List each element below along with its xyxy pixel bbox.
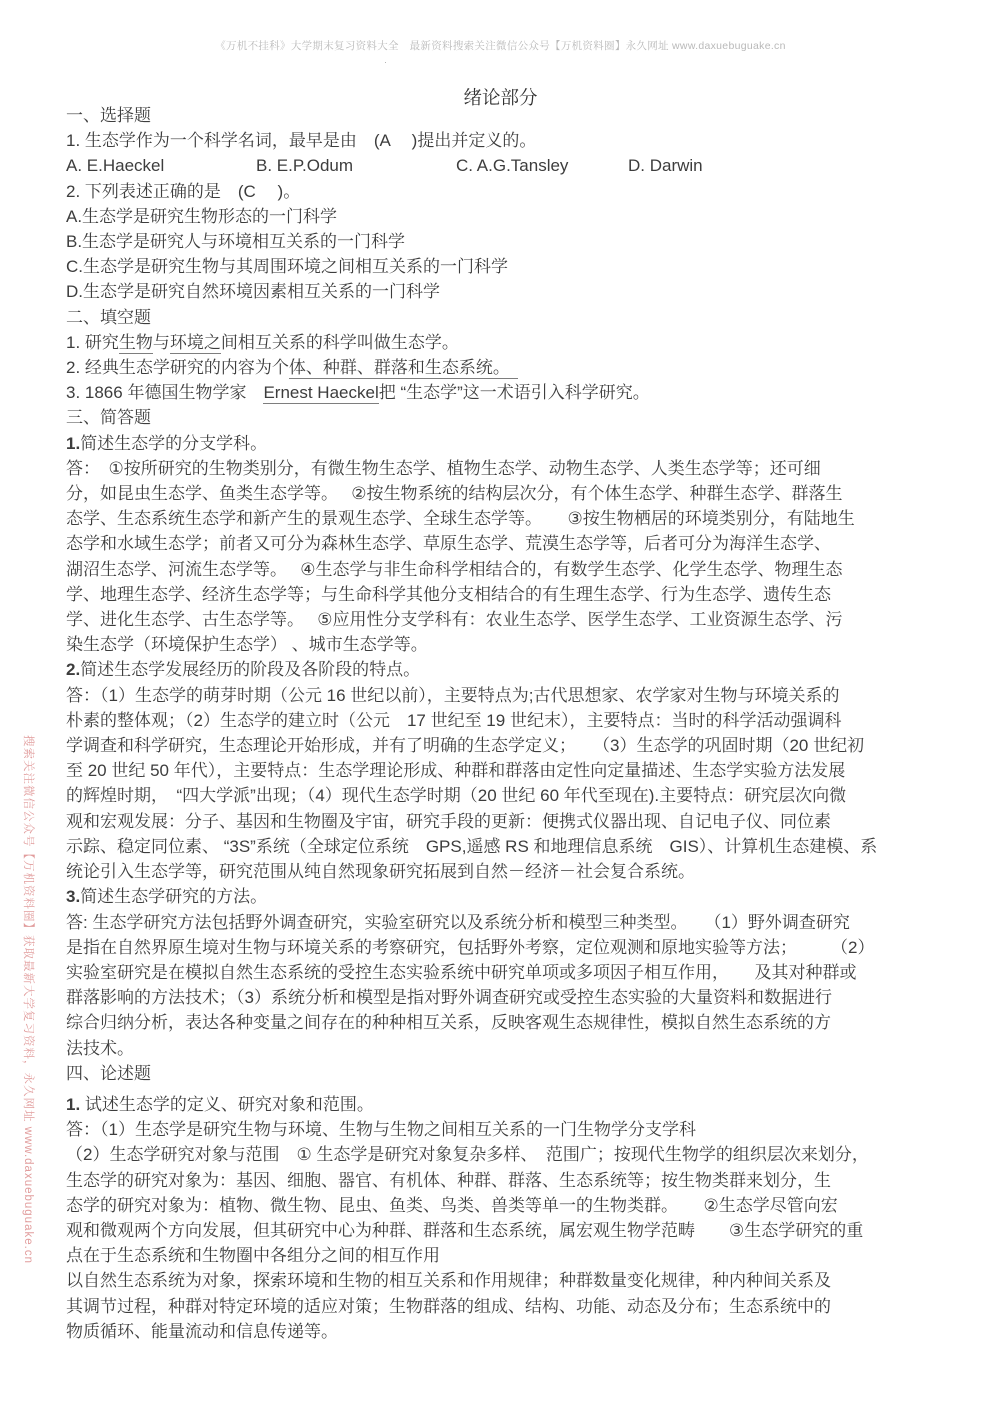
document-line: 观和宏观发展：分子、基因和生物圈及宇宙，研究手段的更新：便携式仪器出现、自记电子…	[66, 809, 951, 834]
document-line: 分，如昆虫生态学、鱼类生态学等。 ②按生物系统的结构层次分，有个体生态学、种群生…	[66, 481, 951, 506]
document-line: 答: 生态学研究方法包括野外调查研究，实验室研究以及系统分析和模型三种类型。 （…	[66, 910, 951, 935]
line-segment: 群落影响的方法技术；（3）系统分析和模型是指对野外调查研究或受控生态实验的大量资…	[66, 988, 832, 1007]
left-vertical-watermark: 搜索关注微信公众号【万机资料圈】获取最新大学复习资料，永久网址 www.daxu…	[21, 735, 37, 1175]
line-segment: 答: 生态学研究方法包括野外调查研究，实验室研究以及系统分析和模型三种类型。 （…	[66, 913, 850, 932]
line-segment: B. E.P.Odum	[256, 153, 456, 178]
document-line: C.生态学是研究生物与其周围环境之间相互关系的一门科学	[66, 254, 951, 279]
document-line: 群落影响的方法技术；（3）系统分析和模型是指对野外调查研究或受控生态实验的大量资…	[66, 985, 951, 1010]
document-line: B.生态学是研究人与环境相互关系的一门科学	[66, 229, 951, 254]
line-segment: 四、论述题	[66, 1064, 151, 1083]
document-line: 的辉煌时期， “四大学派”出现；（4）现代生态学时期（20 世纪 60 年代至现…	[66, 783, 951, 808]
document-line: 是指在自然界原生境对生物与环境关系的考察研究，包括野外考察，定位观测和原地实验等…	[66, 935, 951, 960]
document-line: 1.简述生态学的分支学科。	[66, 431, 951, 456]
line-segment: 3.	[66, 887, 80, 906]
line-segment: 学、地理生态学、经济生态学等；与生命科学其他分支相结合的有生理生态学、行为生态学…	[66, 585, 831, 604]
line-segment: C.生态学是研究生物与其周围环境之间相互关系的一门科学	[66, 257, 508, 276]
document-line: A. E.HaeckelB. E.P.OdumC. A.G.TansleyD. …	[66, 153, 951, 178]
line-segment: B.生态学是研究人与环境相互关系的一门科学	[66, 232, 405, 251]
document-line: 观和微观两个方向发展，但其研究中心为种群、群落和生态系统，属宏观生物学范畴 ③生…	[66, 1218, 951, 1243]
line-segment: 1.	[66, 434, 80, 453]
document-line: 学、进化生态学、古生态学等。 ⑤应用性分支学科有：农业生态学、医学生态学、工业资…	[66, 607, 951, 632]
document-body: 一、选择题1. 生态学作为一个科学名词，最早是由 (A )提出并定义的。A. E…	[66, 103, 951, 1344]
line-segment: 法技术。	[66, 1039, 134, 1058]
document-line: 生态学的研究对象为：基因、细胞、器官、有机体、种群、群落、生态系统等；按生物类群…	[66, 1168, 951, 1193]
line-segment: 二、填空题	[66, 308, 151, 327]
line-segment: 学、进化生态学、古生态学等。 ⑤应用性分支学科有：农业生态学、医学生态学、工业资…	[66, 610, 842, 629]
document-line: 答：（1）生态学的萌芽时期（公元 16 世纪以前），主要特点为;古代思想家、农学…	[66, 683, 951, 708]
document-line: 态学的研究对象为：植物、微生物、昆虫、鱼类、鸟类、兽类等单一的生物类群。 ②生态…	[66, 1193, 951, 1218]
document-line: 点在于生态系统和生物圈中各组分之间的相互作用	[66, 1243, 951, 1268]
line-segment: 染生态学（环境保护生态学） 、城市生态学等。	[66, 635, 428, 654]
document-line: 学调查和科学研究，生态理论开始形成，并有了明确的生态学定义； （3）生态学的巩固…	[66, 733, 951, 758]
document-line: 1. 生态学作为一个科学名词，最早是由 (A )提出并定义的。	[66, 128, 951, 153]
document-line: 四、论述题	[66, 1061, 951, 1086]
document-line: 3. 1866 年德国生物学家 Ernest Haeckel把 “生态学”这一术…	[66, 380, 951, 405]
document-line: 1. 研究生物与环境之间相互关系的科学叫做生态学。	[66, 330, 951, 355]
line-segment: 示踪、稳定同位素、 “3S”系统（全球定位系统 GPS,遥感 RS 和地理信息系…	[66, 837, 877, 856]
document-line: 三、简答题	[66, 405, 951, 430]
line-segment: 点在于生态系统和生物圈中各组分之间的相互作用	[66, 1246, 440, 1265]
line-segment: 简述生态学发展经历的阶段及各阶段的特点。	[80, 660, 420, 679]
line-segment: 2. 下列表述正确的是 (C )。	[66, 182, 300, 201]
document-line: 至 20 世纪 50 年代），主要特点：生态学理论形成、种群和群落由定性向定量描…	[66, 758, 951, 783]
line-segment: 2. 经典生态学研究的内容为个	[66, 358, 289, 377]
document-line: 态学和水域生态学；前者又可分为森林生态学、草原生态学、荒漠生态学等，后者可分为海…	[66, 531, 951, 556]
document-line: 1. 试述生态学的定义、研究对象和范围。	[66, 1092, 951, 1117]
line-segment: （2）生态学研究对象与范围 ① 生态学是研究对象复杂多样、 范围广；按现代生物学…	[66, 1145, 869, 1164]
document-line: 综合归纳分析，表达各种变量之间存在的种种相互关系，反映客观生态规律性，模拟自然生…	[66, 1010, 951, 1035]
fill-blank-underline: Ernest Haeckel	[263, 383, 378, 404]
line-segment: 2.	[66, 660, 80, 679]
line-segment: 是指在自然界原生境对生物与环境关系的考察研究，包括野外考察，定位观测和原地实验等…	[66, 938, 874, 957]
line-segment: 答：（1）生态学的萌芽时期（公元 16 世纪以前），主要特点为;古代思想家、农学…	[66, 686, 840, 705]
line-segment: 以自然生态系统为对象，探索环境和生物的相互关系和作用规律；种群数量变化规律，种内…	[66, 1271, 831, 1290]
document-line: 答：（1）生态学是研究生物与环境、生物与生物之间相互关系的一门生物学分支学科	[66, 1117, 951, 1142]
document-line: 以自然生态系统为对象，探索环境和生物的相互关系和作用规律；种群数量变化规律，种内…	[66, 1268, 951, 1293]
line-segment: 观和微观两个方向发展，但其研究中心为种群、群落和生态系统，属宏观生物学范畴 ③生…	[66, 1221, 863, 1240]
line-segment: 1.	[66, 1095, 80, 1114]
document-line: 物质循环、能量流动和信息传递等。	[66, 1319, 951, 1344]
line-segment: 简述生态学研究的方法。	[80, 887, 267, 906]
line-segment: 简述生态学的分支学科。	[80, 434, 267, 453]
line-segment: A. E.Haeckel	[66, 153, 256, 178]
line-segment: A.生态学是研究生物形态的一门科学	[66, 207, 337, 226]
line-segment: 把 “生态学”这一术语引入科学研究。	[379, 383, 650, 402]
line-segment: 学调查和科学研究，生态理论开始形成，并有了明确的生态学定义； （3）生态学的巩固…	[66, 736, 864, 755]
document-line: 答： ①按所研究的生物类别分，有微生物生态学、植物生态学、动物生态学、人类生态学…	[66, 456, 951, 481]
line-segment: 三、简答题	[66, 408, 151, 427]
line-segment: 间相互关系的科学叫做生态学。	[221, 333, 459, 352]
line-segment: D.生态学是研究自然环境因素相互关系的一门科学	[66, 282, 440, 301]
line-segment: 3. 1866 年德国生物学家	[66, 383, 263, 402]
line-segment: 答：（1）生态学是研究生物与环境、生物与生物之间相互关系的一门生物学分支学科	[66, 1120, 696, 1139]
document-line: （2）生态学研究对象与范围 ① 生态学是研究对象复杂多样、 范围广；按现代生物学…	[66, 1142, 951, 1167]
document-line: 2. 下列表述正确的是 (C )。	[66, 179, 951, 204]
line-segment: 1. 研究	[66, 333, 119, 352]
document-line: 统论引入生态学等，研究范围从纯自然现象研究拓展到自然－经济－社会复合系统。	[66, 859, 951, 884]
line-segment: 答： ①按所研究的生物类别分，有微生物生态学、植物生态学、动物生态学、人类生态学…	[66, 459, 821, 478]
fill-blank-underline: 环境之	[170, 333, 221, 354]
line-segment: C. A.G.Tansley	[456, 153, 628, 178]
line-segment: 的辉煌时期， “四大学派”出现；（4）现代生态学时期（20 世纪 60 年代至现…	[66, 786, 846, 805]
line-segment: 试述生态学的定义、研究对象和范围。	[80, 1095, 374, 1114]
line-segment: 实验室研究是在模拟自然生态系统的受控生态实验系统中研究单项或多项因子相互作用， …	[66, 963, 857, 982]
document-line: D.生态学是研究自然环境因素相互关系的一门科学	[66, 279, 951, 304]
document-line: 实验室研究是在模拟自然生态系统的受控生态实验系统中研究单项或多项因子相互作用， …	[66, 960, 951, 985]
line-segment: 至 20 世纪 50 年代），主要特点：生态学理论形成、种群和群落由定性向定量描…	[66, 761, 845, 780]
line-segment: 综合归纳分析，表达各种变量之间存在的种种相互关系，反映客观生态规律性，模拟自然生…	[66, 1013, 831, 1032]
line-segment: 生态学的研究对象为：基因、细胞、器官、有机体、种群、群落、生态系统等；按生物类群…	[66, 1171, 831, 1190]
document-line: 染生态学（环境保护生态学） 、城市生态学等。	[66, 632, 951, 657]
site-watermark-header: 《万机不挂科》大学期末复习资料大全 最新资料搜索关注微信公众号【万机资料圈】永久…	[0, 38, 1001, 53]
document-line: 2.简述生态学发展经历的阶段及各阶段的特点。	[66, 657, 951, 682]
line-segment: 其调节过程，种群对特定环境的适应对策；生物群落的组成、结构、功能、动态及分布；生…	[66, 1297, 831, 1316]
document-line: A.生态学是研究生物形态的一门科学	[66, 204, 951, 229]
line-segment: 一、选择题	[66, 106, 151, 125]
line-segment: 物质循环、能量流动和信息传递等。	[66, 1322, 338, 1341]
document-line: 3.简述生态学研究的方法。	[66, 884, 951, 909]
document-page: 《万机不挂科》大学期末复习资料大全 最新资料搜索关注微信公众号【万机资料圈】永久…	[0, 0, 1001, 1417]
fill-blank-underline: 体、种群、群落和生态系统。	[289, 358, 519, 379]
document-line: 二、填空题	[66, 305, 951, 330]
document-line: 法技术。	[66, 1036, 951, 1061]
document-line: 湖沼生态学、河流生态学等。 ④生态学与非生命科学相结合的，有数学生态学、化学生态…	[66, 557, 951, 582]
document-line: 态学、生态系统生态学和新产生的景观生态学、全球生态学等。 ③按生物栖居的环境类别…	[66, 506, 951, 531]
document-line: 2. 经典生态学研究的内容为个体、种群、群落和生态系统。	[66, 355, 951, 380]
line-segment: 态学和水域生态学；前者又可分为森林生态学、草原生态学、荒漠生态学等，后者可分为海…	[66, 534, 831, 553]
line-segment: 朴素的整体观；（2）生态学的建立时（公元 17 世纪至 19 世纪末），主要特点…	[66, 711, 841, 730]
line-segment: 统论引入生态学等，研究范围从纯自然现象研究拓展到自然－经济－社会复合系统。	[66, 862, 695, 881]
line-segment: 态学、生态系统生态学和新产生的景观生态学、全球生态学等。 ③按生物栖居的环境类别…	[66, 509, 855, 528]
document-line: 一、选择题	[66, 103, 951, 128]
document-line: 示踪、稳定同位素、 “3S”系统（全球定位系统 GPS,遥感 RS 和地理信息系…	[66, 834, 951, 859]
document-line: 学、地理生态学、经济生态学等；与生命科学其他分支相结合的有生理生态学、行为生态学…	[66, 582, 951, 607]
line-segment: 态学的研究对象为：植物、微生物、昆虫、鱼类、鸟类、兽类等单一的生物类群。 ②生态…	[66, 1196, 838, 1215]
line-segment: 分，如昆虫生态学、鱼类生态学等。 ②按生物系统的结构层次分，有个体生态学、种群生…	[66, 484, 842, 503]
fill-blank-underline: 生物	[119, 333, 153, 354]
line-segment: 湖沼生态学、河流生态学等。 ④生态学与非生命科学相结合的，有数学生态学、化学生态…	[66, 560, 842, 579]
document-line: 其调节过程，种群对特定环境的适应对策；生物群落的组成、结构、功能、动态及分布；生…	[66, 1294, 951, 1319]
stray-mark: ·	[384, 57, 387, 67]
line-segment: 观和宏观发展：分子、基因和生物圈及宇宙，研究手段的更新：便携式仪器出现、自记电子…	[66, 812, 831, 831]
line-segment: 与	[153, 333, 170, 352]
line-segment: 1. 生态学作为一个科学名词，最早是由 (A )提出并定义的。	[66, 131, 536, 150]
document-line: 朴素的整体观；（2）生态学的建立时（公元 17 世纪至 19 世纪末），主要特点…	[66, 708, 951, 733]
line-segment: D. Darwin	[628, 156, 703, 175]
